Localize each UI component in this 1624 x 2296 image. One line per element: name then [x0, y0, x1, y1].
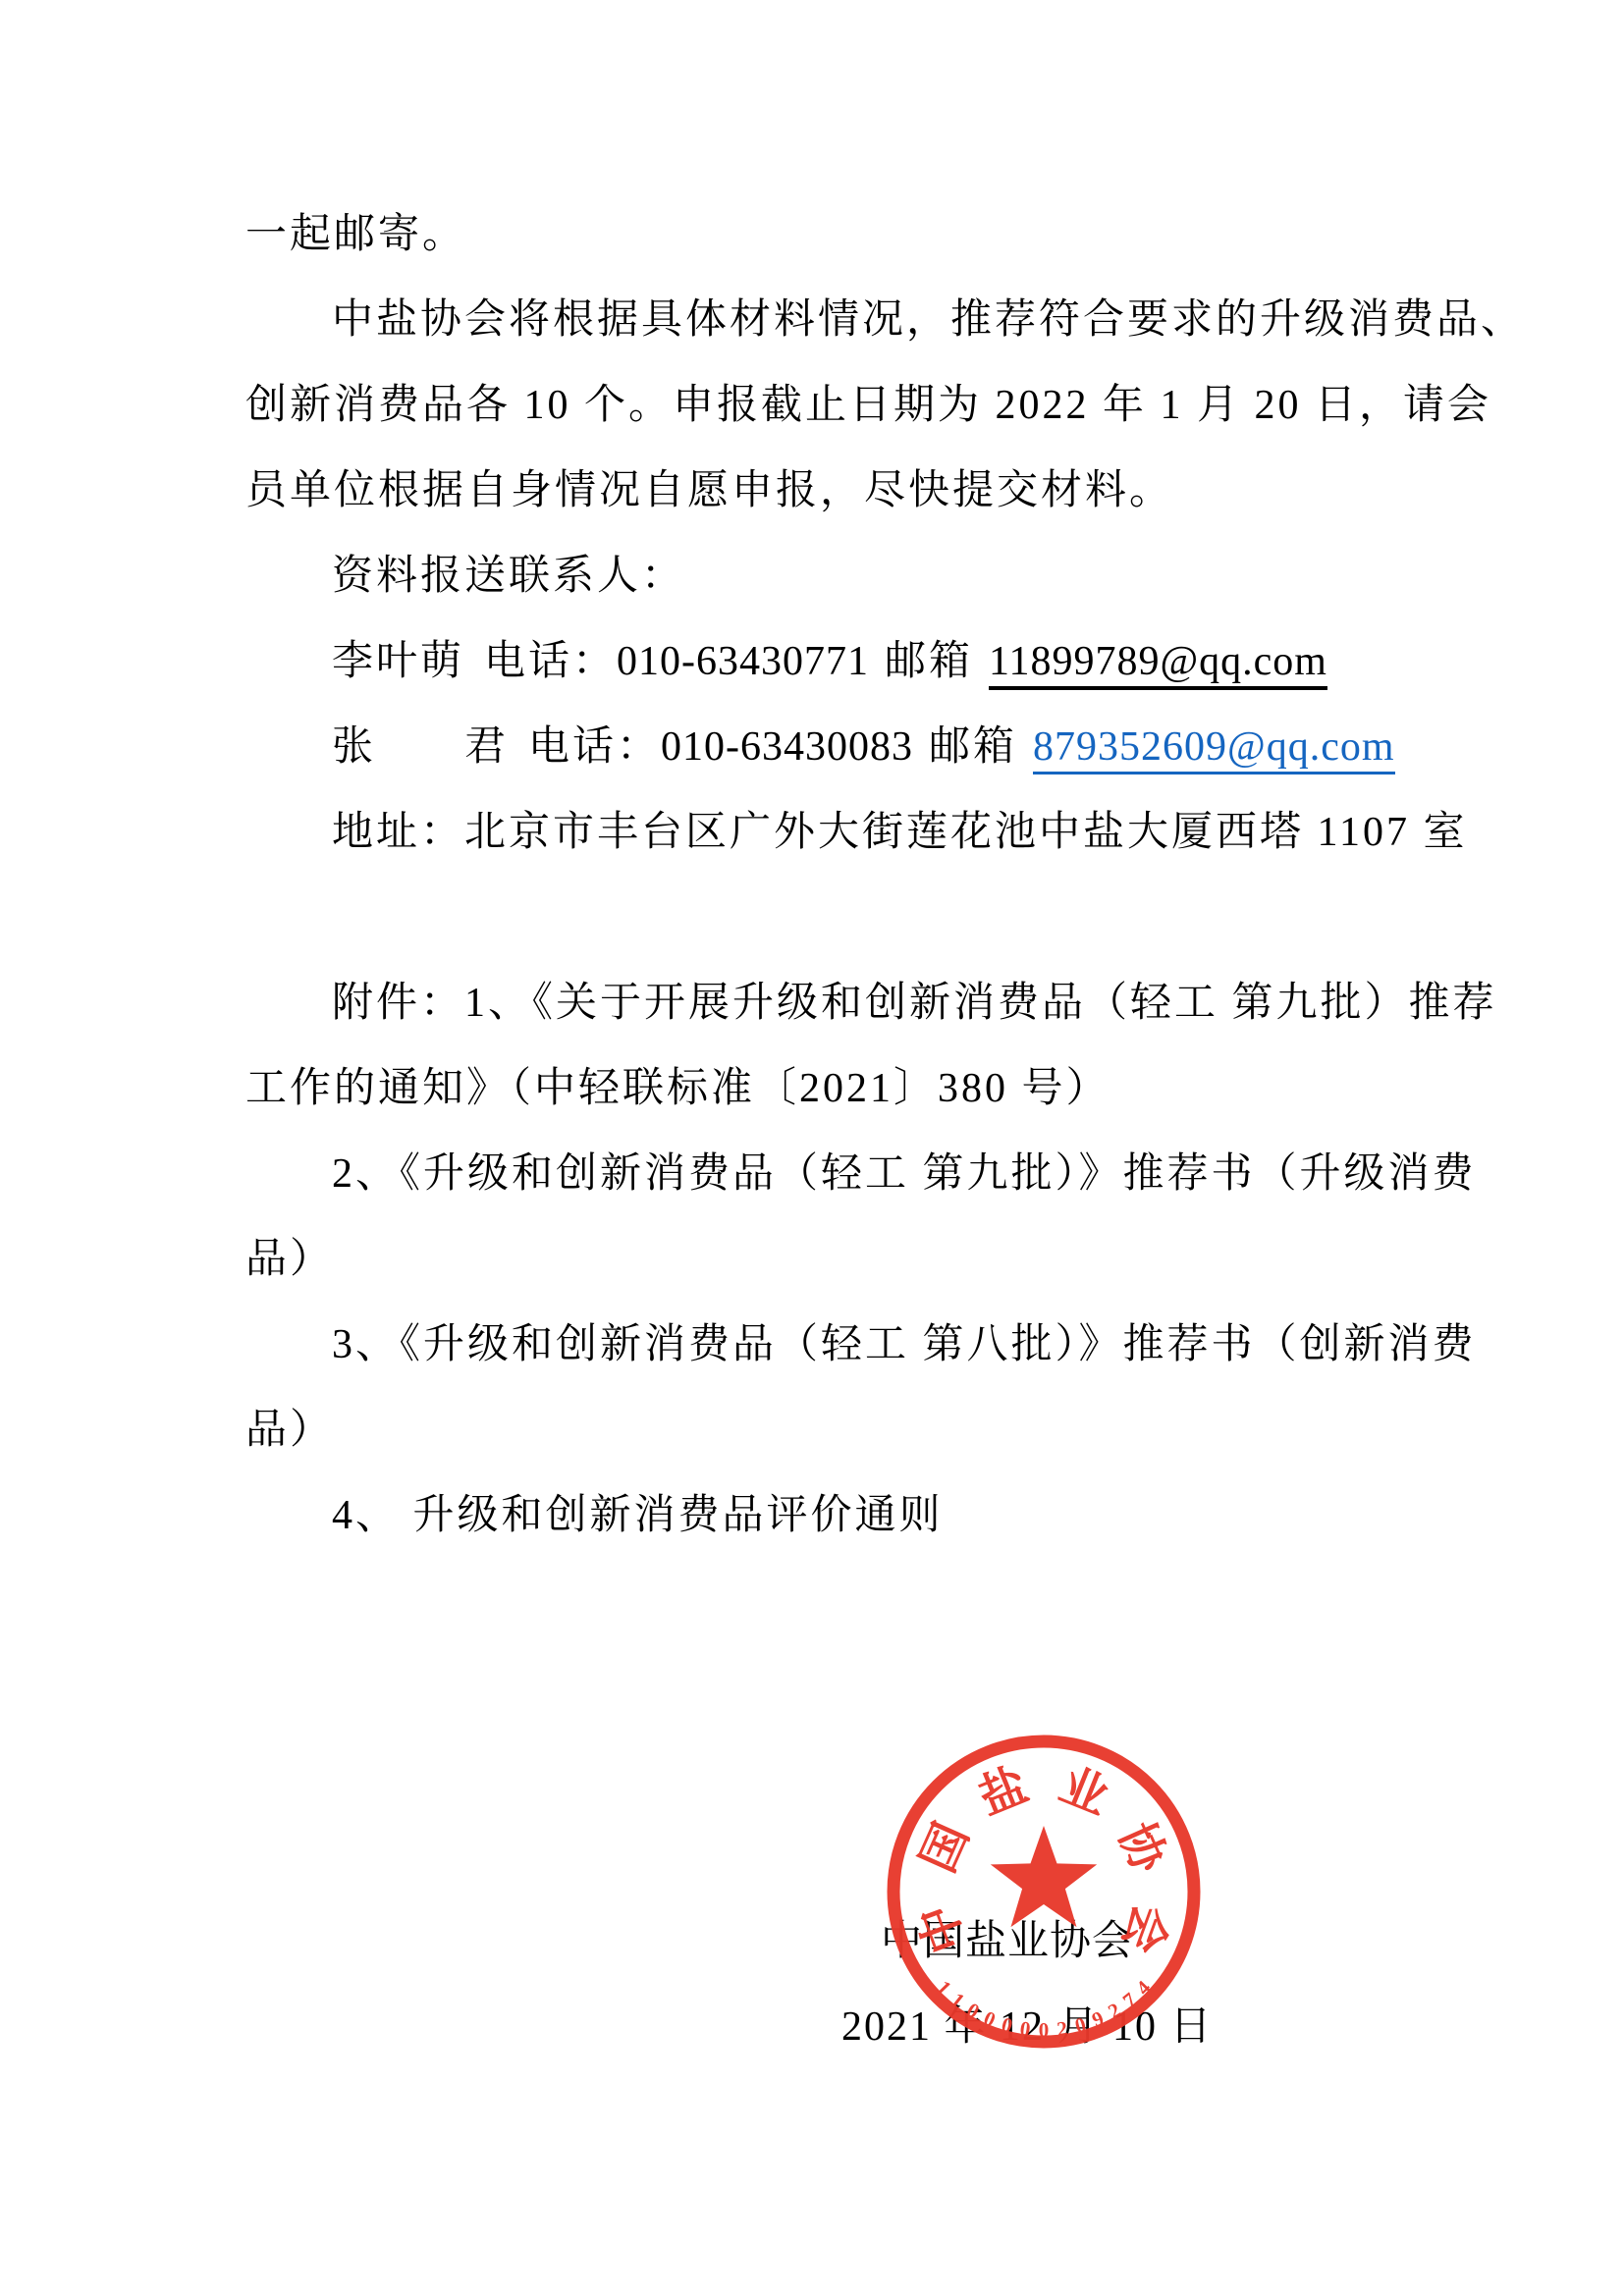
seal-serial-digit: 7: [1118, 1988, 1141, 2012]
seal-serial-digit: 0: [962, 1998, 983, 2023]
attachment-line: 品）: [245, 1388, 1536, 1473]
contact-name: 李叶萌: [332, 639, 464, 684]
attachment-line: 附件：1、《关于开展升级和创新消费品（轻工 第九批）推荐: [245, 961, 1536, 1046]
body-line: 一起邮寄。: [245, 192, 1536, 278]
attachment-line: 3、《升级和创新消费品（轻工 第八批）》推荐书（创新消费: [245, 1303, 1536, 1388]
attachment-line: 2、《升级和创新消费品（轻工 第九批）》推荐书（升级消费: [245, 1132, 1536, 1217]
contact-name: 张 君: [332, 724, 509, 770]
body-line: 创新消费品各 10 个。申报截止日期为 2022 年 1 月 20 日，请会: [245, 363, 1536, 449]
seal-char: 业: [1053, 1759, 1115, 1825]
document-page: 一起邮寄。 中盐协会将根据具体材料情况，推荐符合要求的升级消费品、 创新消费品各…: [0, 0, 1624, 2296]
attachment-line: 工作的通知》（中轻联标准〔2021〕380 号）: [245, 1046, 1536, 1132]
seal-char: 会: [1112, 1897, 1177, 1959]
phone-number: 010-63430083: [661, 724, 913, 770]
phone-label: 电话：: [484, 639, 617, 684]
body-line: 员单位根据自身情况自愿申报，尽快提交材料。: [245, 449, 1536, 534]
seal-char: 盐: [972, 1759, 1035, 1825]
phone-label: 电话：: [528, 724, 661, 770]
email-label: 邮箱: [929, 724, 1017, 770]
official-seal: 中 国 盐 业 协 会 1 1 0 0 0 0 0 2 0 9 2 7 4: [877, 1725, 1211, 2058]
attachment-line: 品）: [245, 1217, 1536, 1303]
seal-star-icon: [991, 1826, 1097, 1927]
seal-serial-digit: 2: [1056, 2016, 1069, 2041]
contact-line: 李叶萌电话：010-63430771邮箱11899789@qq.com: [245, 619, 1536, 705]
phone-number: 010-63430771: [617, 639, 869, 684]
seal-char: 国: [912, 1816, 979, 1880]
seal-char: 协: [1109, 1816, 1176, 1882]
attachment-line: 4、 升级和创新消费品评价通则: [245, 1473, 1536, 1559]
contact-line: 张 君电话：010-63430083邮箱879352609@qq.com: [245, 705, 1536, 790]
seal-serial-digit: 0: [1039, 2018, 1050, 2042]
email-link[interactable]: 11899789@qq.com: [989, 639, 1327, 690]
blank-line: [245, 876, 1536, 961]
address-line: 地址：北京市丰台区广外大街莲花池中盐大厦西塔 1107 室: [245, 790, 1536, 876]
body-line: 中盐协会将根据具体材料情况，推荐符合要求的升级消费品、: [245, 278, 1536, 363]
email-label: 邮箱: [885, 639, 973, 684]
seal-serial-digit: 2: [1104, 1998, 1124, 2023]
contact-heading: 资料报送联系人：: [245, 534, 1536, 619]
document-body: 一起邮寄。 中盐协会将根据具体材料情况，推荐符合要求的升级消费品、 创新消费品各…: [0, 0, 1624, 2070]
email-link[interactable]: 879352609@qq.com: [1033, 724, 1395, 774]
seal-char: 中: [910, 1897, 975, 1959]
